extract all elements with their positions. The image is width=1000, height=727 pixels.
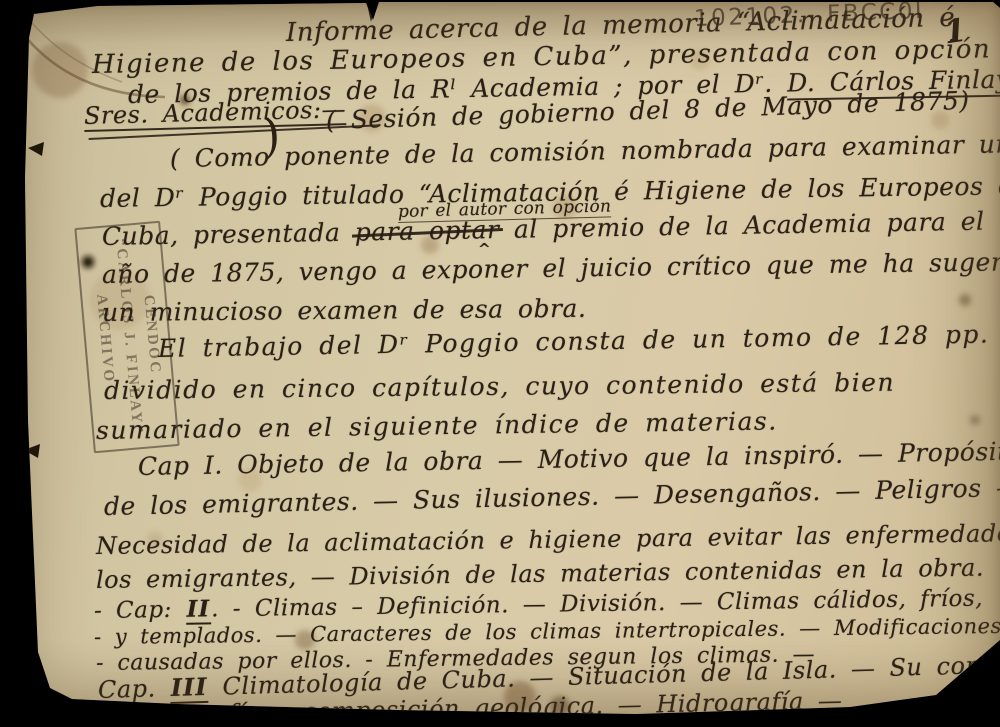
- index-line2: de los emigrantes. — Sus ilusiones. — De…: [104, 473, 1000, 521]
- index-line5-pre: - Cap:: [94, 597, 186, 624]
- paragraph1-line3-pre: Cuba, presentada: [102, 218, 355, 251]
- paragraph2-line2: dividido en cinco capítulos, cuyo conten…: [104, 368, 895, 405]
- manuscript-page: CENDOC “CARLOS J. FINLAY” ARCHIVO 102102…: [0, 0, 1000, 727]
- salutation: Sres. Academicos:—: [84, 95, 347, 130]
- paragraph1-line5: un minucioso examen de esa obra.: [102, 294, 587, 327]
- salutation-text: Sres. Academicos:—: [84, 95, 347, 132]
- scanned-document-view: CENDOC “CARLOS J. FINLAY” ARCHIVO 102102…: [0, 0, 1000, 727]
- index-line3: Necesidad de la aclimatación e higiene p…: [96, 519, 1000, 560]
- paragraph2-line1: El trabajo del Dʳ Poggio consta de un to…: [158, 319, 990, 363]
- index-line8-pre: Cap.: [98, 674, 171, 704]
- paragraph1-line4: año de 1875, vengo a exponer el juicio c…: [102, 247, 1000, 289]
- chapter2-numeral: II: [185, 595, 211, 624]
- index-line1: Cap I. Objeto de la obra — Motivo que la…: [138, 436, 1000, 481]
- paragraph2-line3: sumariado en el siguiente índice de mate…: [96, 406, 778, 445]
- paragraph1-line1: ( Como ponente de la comisión nombrada p…: [170, 128, 1000, 173]
